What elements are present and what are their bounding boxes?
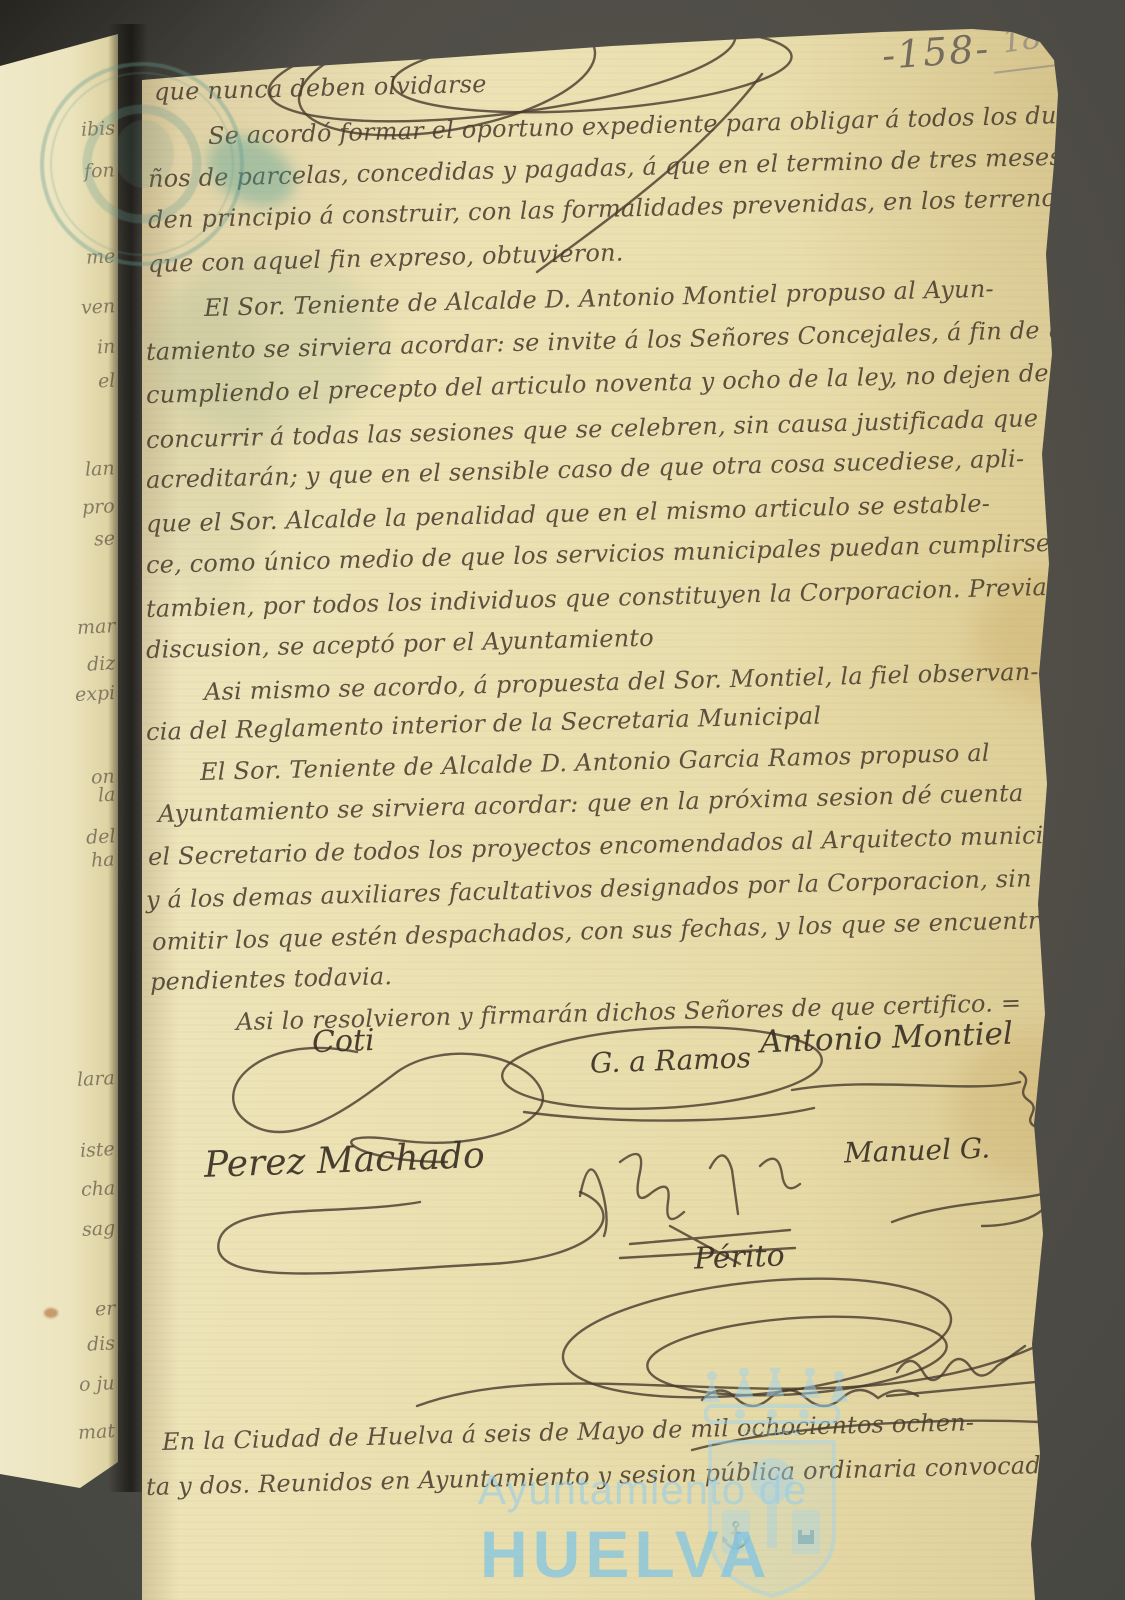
manuscript-line: ce, como único medio de que los servicio… (146, 529, 1051, 579)
manuscript-line: omitir los que estén despachados, con su… (152, 906, 1070, 956)
manuscript-line: Asi mismo se acordo, á propuesta del Sor… (204, 658, 1039, 706)
manuscript-line: que el Sor. Alcalde la penalidad que en … (146, 489, 991, 538)
corner-number-underline (994, 64, 1056, 74)
corner-page-number: 18 (1000, 19, 1044, 60)
manuscript-line: ta y dos. Reunidos en Ayuntamiento y ses… (146, 1451, 1056, 1501)
manuscript-page: -158- 18 que nunca deben olvidarse Se ac… (142, 24, 1067, 1600)
signature-rubric (882, 1186, 1062, 1242)
scanned-manuscript-page: ibis fon me ven in el lan pro se mar diz… (0, 0, 1125, 1600)
signature-garcia-ramos: G. a Ramos (589, 1041, 751, 1080)
manuscript-line: discusion, se aceptó por el Ayuntamiento (146, 624, 655, 664)
manuscript-line: El Sor. Teniente de Alcalde D. Antonio M… (204, 275, 994, 322)
signature-coti: Coti (311, 1023, 375, 1060)
manuscript-line: cia del Reglamento interior de la Secret… (146, 702, 822, 746)
manuscript-line: Se acordó formar el oportuno expediente … (208, 101, 1080, 150)
manuscript-line: y á los demas auxiliares facultativos de… (146, 864, 1032, 914)
manuscript-line: acreditarán; y que en el sensible caso d… (146, 445, 1025, 494)
manuscript-line: cumpliendo el precepto del articulo nove… (146, 359, 1049, 409)
manuscript-line: tamiento se sirviera acordar: se invite … (146, 315, 1094, 366)
signature-flourish (160, 1172, 660, 1302)
manuscript-line: En la Ciudad de Huelva á seis de Mayo de… (162, 1408, 975, 1456)
manuscript-line: el Secretario de todos los proyectos enc… (148, 820, 1082, 871)
manuscript-line: tambien, por todos los individuos que co… (146, 573, 1048, 623)
manuscript-line: El Sor. Teniente de Alcalde D. Antonio G… (200, 739, 990, 786)
folio-number-pencil: -158- (881, 26, 992, 77)
perito-label: Périto (693, 1238, 785, 1276)
signature-perez-machado: Perez Machado (203, 1135, 485, 1186)
manuscript-line: Ayuntamiento se sirviera acordar: que en… (158, 779, 1024, 828)
manuscript-line: pendientes todavia. (150, 962, 393, 996)
signature-rubric (782, 1068, 1052, 1138)
signature-antonio-montiel: Antonio Montiel (759, 1016, 1013, 1061)
signature-manuel: Manuel G. (843, 1131, 990, 1169)
foxing-spot (44, 1308, 58, 1318)
